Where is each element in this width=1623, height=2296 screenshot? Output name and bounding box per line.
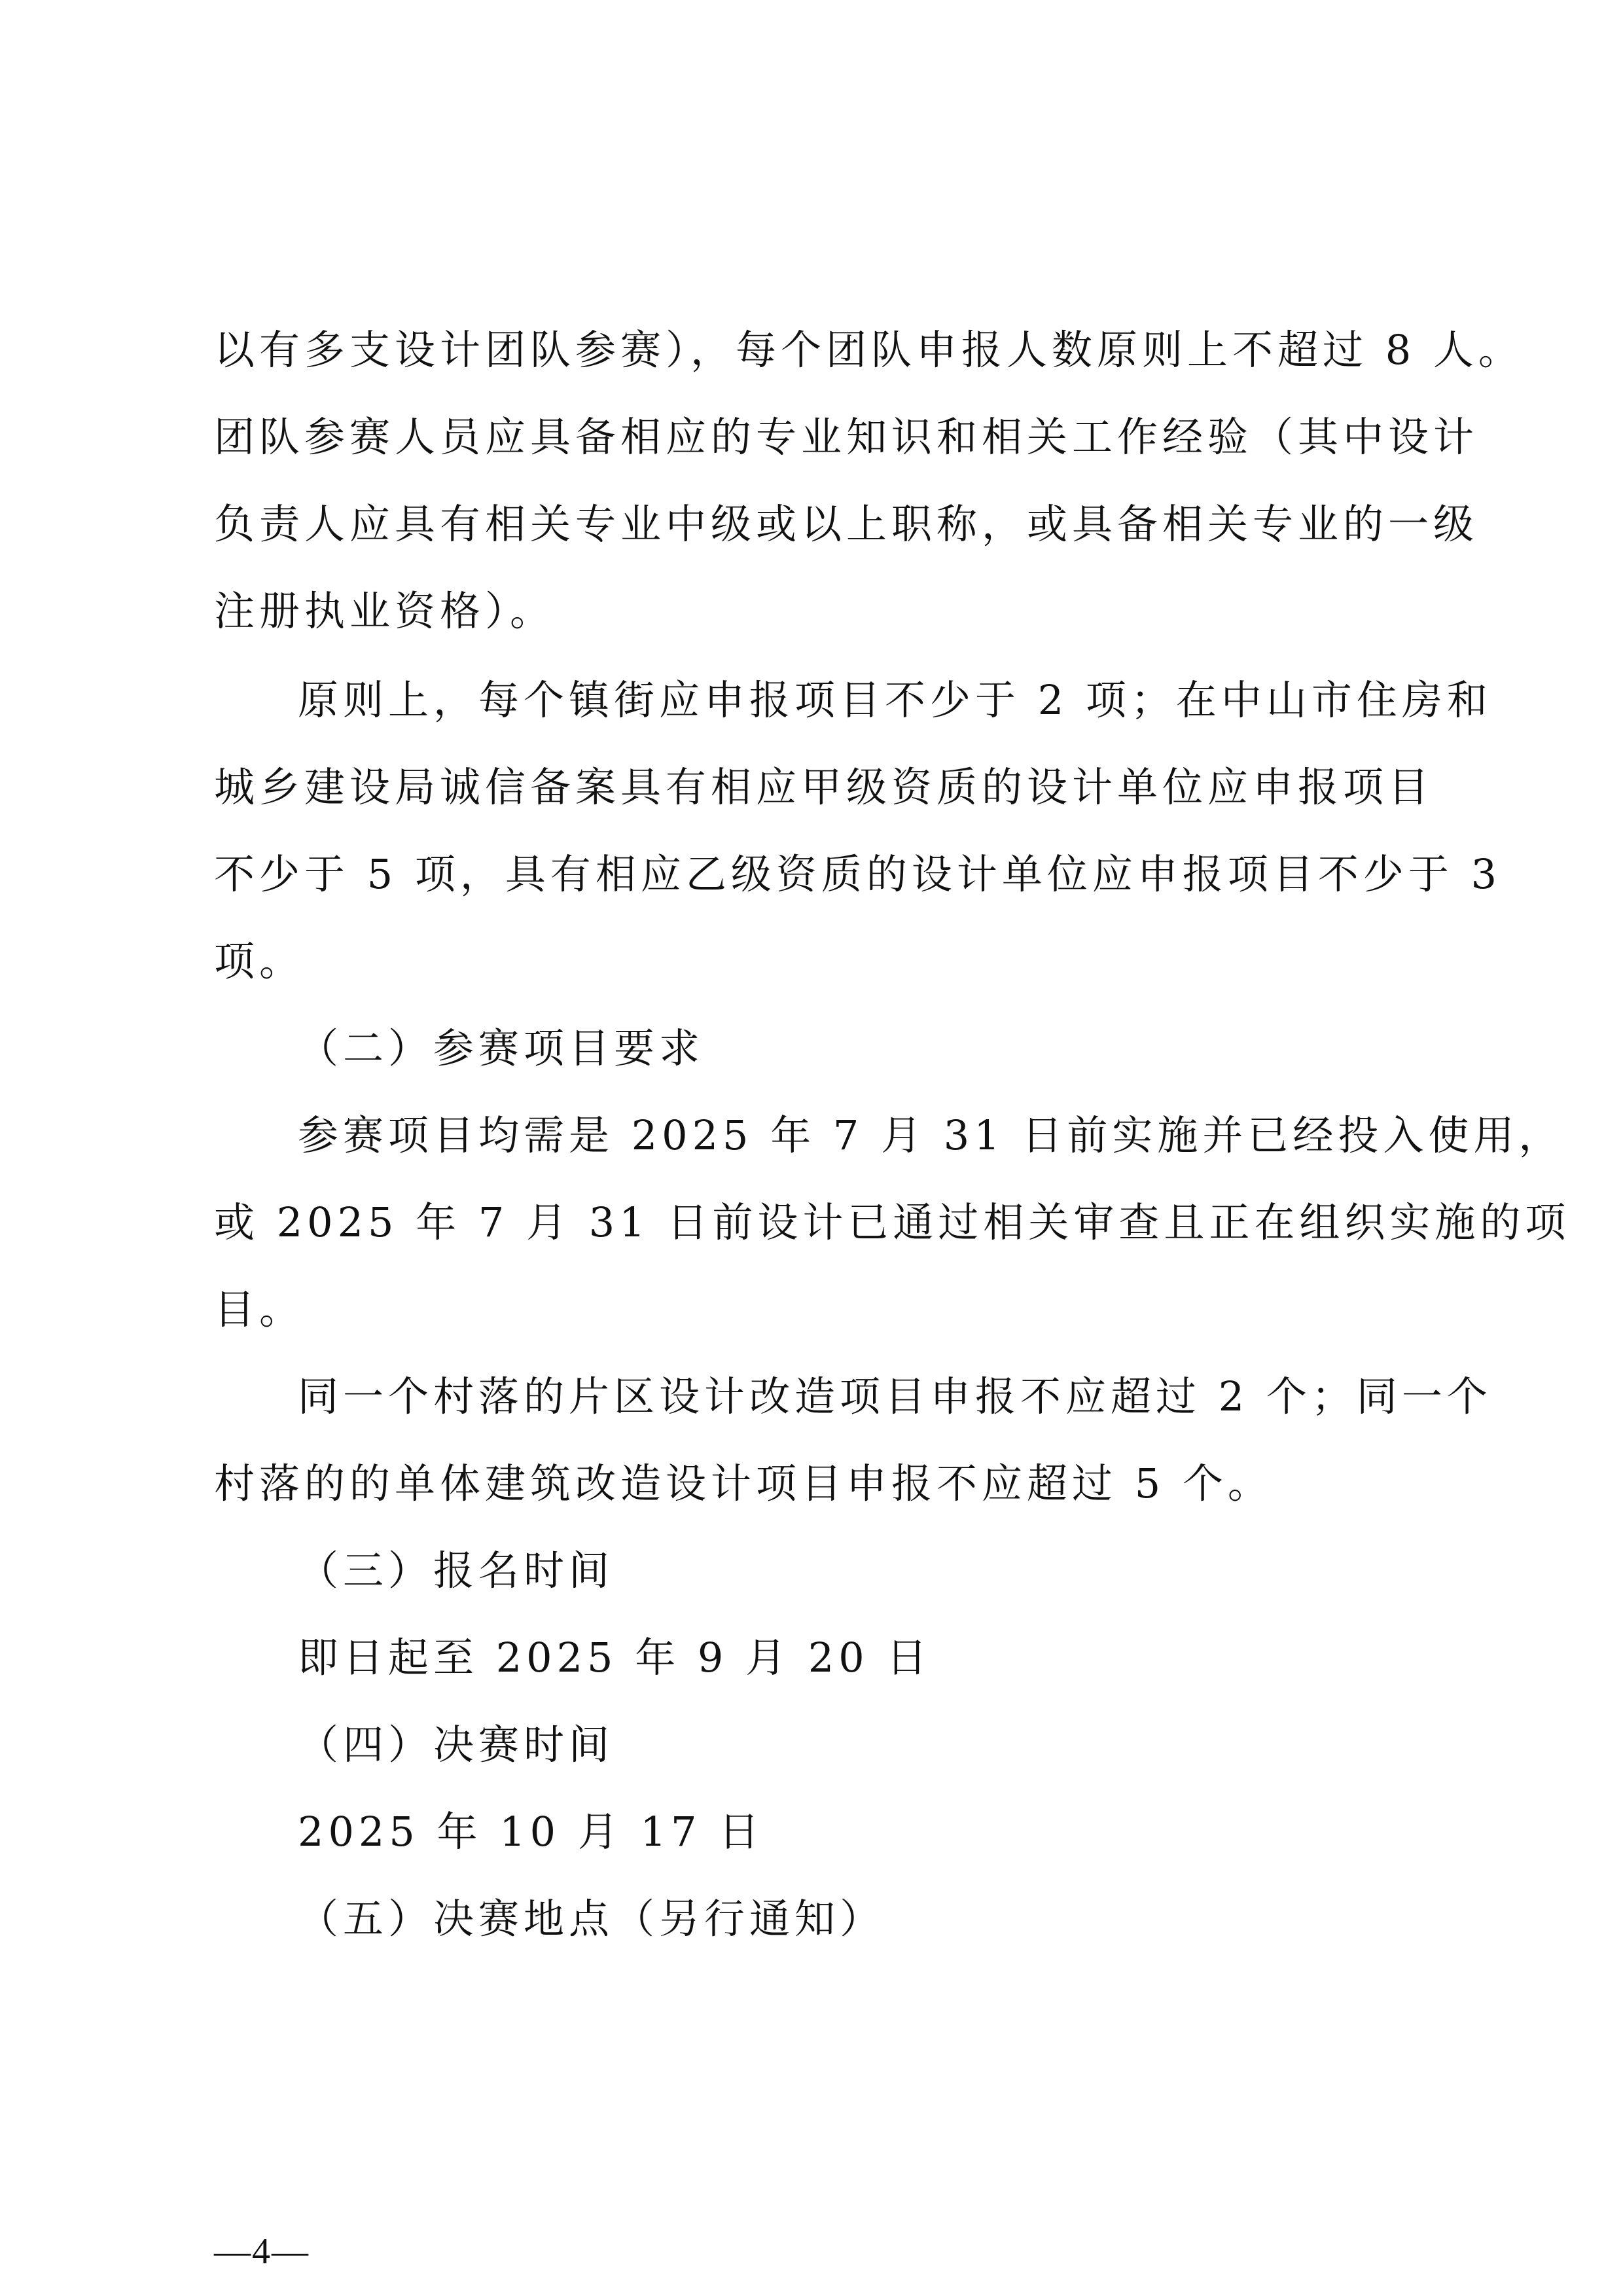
registration-period: 即日起至 2025 年 9 月 20 日 [298,1632,1508,1684]
body-line: 目。 [214,1283,1425,1336]
body-line: 村落的的单体建筑改造设计项目申报不应超过 5 个。 [214,1458,1425,1510]
page-number: —4— [214,2229,310,2274]
body-line: 项。 [214,935,1425,988]
section-heading-2: （二）参赛项目要求 [298,1022,1508,1075]
body-line: 不少于 5 项，具有相应乙级资质的设计单位应申报项目不少于 3 [214,848,1425,901]
body-line: 团队参赛人员应具备相应的专业知识和相关工作经验（其中设计 [214,411,1425,463]
body-line: 注册执业资格）。 [214,585,1425,637]
paragraph-start-line: 同一个村落的片区设计改造项目申报不应超过 2 个；同一个 [298,1371,1425,1423]
final-date: 2025 年 10 月 17 日 [298,1806,1508,1858]
document-page: 以有多支设计团队参赛），每个团队申报人数原则上不超过 8 人。 团队参赛人员应具… [0,0,1623,2296]
body-line: 或 2025 年 7 月 31 日前设计已通过相关审查且正在组织实施的项 [214,1196,1425,1249]
body-line: 城乡建设局诚信备案具有相应甲级资质的设计单位应申报项目 [214,761,1425,814]
section-heading-4: （四）决赛时间 [298,1719,1508,1771]
paragraph-start-line: 参赛项目均需是 2025 年 7 月 31 日前实施并已经投入使用， [298,1109,1425,1162]
body-line: 负责人应具有相关专业中级或以上职称，或具备相关专业的一级 [214,498,1425,550]
section-heading-5: （五）决赛地点（另行通知） [298,1893,1508,1945]
paragraph-start-line: 原则上，每个镇街应申报项目不少于 2 项；在中山市住房和 [298,674,1425,726]
section-heading-3: （三）报名时间 [298,1545,1508,1597]
body-line: 以有多支设计团队参赛），每个团队申报人数原则上不超过 8 人。 [214,324,1425,376]
